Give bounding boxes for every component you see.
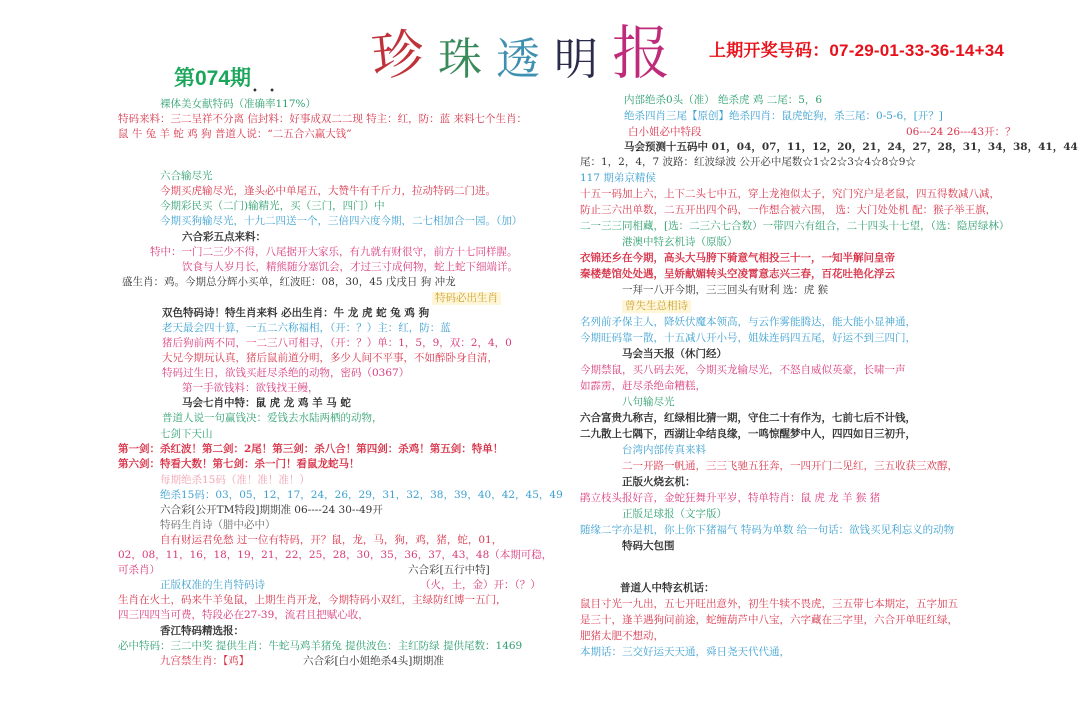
text-line: 普道人中特玄机话： bbox=[620, 582, 715, 595]
text-line: 特中：一门二三少不得，八尾据开大家乐，有九就有财很守，前方十七同样腥。 bbox=[150, 246, 518, 259]
text-line: 随缘二字亦是机，你上你下猪福气 特码为单数 给一句话：欲钱买见利忘义的动物 bbox=[580, 524, 954, 537]
text-line: 一拜一八开今期，三三回头有财利 选：虎 猴 bbox=[622, 284, 828, 297]
text-line: 八句输尽光 bbox=[622, 396, 675, 409]
text-line: 马会预测十五码中 01，04，07，11，12，20，21，24，27，28，3… bbox=[624, 141, 1080, 154]
text-line: （火，土，金）开：（？） bbox=[420, 579, 541, 592]
text-line: 第六剑：特看大数！第七剑：杀一门！看鼠龙蛇马！ bbox=[118, 458, 360, 471]
text-line: 秦楼楚馆处处遇，呈娇献媚转头空凌霄意志兴三春，百花吐艳化浮云 bbox=[580, 268, 895, 281]
last-draw-label: 上期开奖号码： bbox=[709, 41, 829, 60]
text-line: 裸体美女献特码（准确率117%） bbox=[160, 98, 316, 111]
text-line: 猪后狗前两不同，一二三八可相寻，（开：？）单：1，5，9，双：2，4，0 bbox=[162, 337, 512, 350]
text-line: 特码过生日，欲钱买赶尽杀绝的动物，密码（0367） bbox=[162, 367, 409, 380]
last-draw-result: 上期开奖号码：07-29-01-33-36-14+34 bbox=[709, 36, 1004, 61]
text-line: 盛生肖：鸡。今期总分辉小买单，红波旺：08，30，45 戊戌日 狗 冲龙 bbox=[122, 276, 456, 289]
text-line: 生肖在火土，码来牛羊兔鼠，上期生肖开龙，今期特码小双红，主绿防红博一五门， bbox=[118, 594, 507, 607]
newspaper-title: 珍 珠 透 明 报 bbox=[372, 22, 670, 82]
text-line: 大兄今期玩认真，猪后鼠前道分明，多少人间不平事，不如醉卧身自清， bbox=[162, 352, 498, 365]
text-line: 特码来料：三二呈祥不分离 信封料：好事成双二二现 特主：红，防：蓝 来料七个生肖… bbox=[118, 113, 527, 126]
text-line: 六合彩[白小姐绝杀4头]期期准 bbox=[303, 655, 444, 668]
text-line: 二九散上七隅下，西湖让伞结良缘，一鸣惊醒梦中人，四四如日三初升， bbox=[580, 428, 916, 441]
text-line: 第一手欲钱料：欲钱找王鳗， bbox=[182, 382, 319, 395]
text-line: 六合富贵九称吉，红绿相比猜一期，守住二十有作为，七前七后不计钱， bbox=[580, 412, 916, 425]
text-line: 内部绝杀0头（准） 绝杀虎 鸡 二尾：5，6 bbox=[624, 94, 822, 107]
issue-number: 第074期 bbox=[174, 62, 251, 92]
text-line: 马会七肖中特：鼠 虎 龙 鸡 羊 马 蛇 bbox=[182, 397, 351, 410]
text-line: 今期买虎输尽光，逢头必中单尾五，大赞牛有千斤力，拉动特码二门进。 bbox=[160, 185, 496, 198]
text-line: 老天最会四十算，一五二六称福相，（开：？）主：红，防：蓝 bbox=[162, 322, 451, 335]
text-line: 正版火烧玄机： bbox=[622, 476, 696, 489]
text-line: 香江特码精选报： bbox=[160, 625, 244, 638]
text-line: 正版足球报（文字版） bbox=[622, 508, 727, 521]
text-line: 鼠 牛 兔 羊 蛇 鸡 狗 普道人说：“二五合六赢大钱” bbox=[118, 128, 352, 141]
text-line: 如霹雳，赶尽杀绝命糟糕， bbox=[580, 380, 706, 393]
text-line: 衣锦还乡在今期，高头大马胯下骑意气相投三十一，一知半解问皇帝 bbox=[580, 252, 895, 265]
text-line: 自有财运君免愁 过一位有特码，开？鼠，龙，马，狗，鸡，猪，蛇，01， bbox=[160, 534, 502, 547]
text-line: 是三十，逢羊遇狗问前途，蛇缠葫芦中八宝，六字藏在三字里，六合开单旺红绿， bbox=[580, 614, 958, 627]
text-line: 曾失生总相诗 bbox=[622, 300, 691, 313]
text-line: 马会当天报（休门经） bbox=[622, 348, 727, 361]
text-line: 二一三三同相藏，[选：二三六七合数）一带四六有组合，二十四头十七望，（选：隐居绿… bbox=[580, 220, 1009, 233]
title-char: 明 bbox=[554, 38, 598, 82]
text-line: 二一开路一帆通，三三飞驰五狂奔，一四开门二见红，三五收获三欢醇， bbox=[622, 460, 958, 473]
text-line: 今期禁鼠，买八码去死，今期买龙输尽光，不怒自威似英豪，长啸一声 bbox=[580, 364, 906, 377]
text-line: 肥猪太肥不想动， bbox=[580, 630, 664, 643]
text-line: 特码生肖诗（腊中必中） bbox=[160, 519, 276, 532]
text-line: 名列前矛保主人，降妖伏魔本领高，与云作雾能腾达，能大能小显神通， bbox=[580, 316, 916, 329]
text-line: 十五一码加上六，上下二头七中五，穿上龙袍似太子，究门究户是老鼠，四五得数减八减， bbox=[580, 188, 1000, 201]
text-line: 绝杀四肖三尾【原创】绝杀四肖：鼠虎蛇狗，杀三尾：0-5-6，[开？] bbox=[624, 110, 943, 123]
text-line: 普道人说一句赢钱决：爱钱去水陆两栖的动物， bbox=[162, 412, 383, 425]
title-char: 珠 bbox=[438, 38, 482, 82]
text-line: 正版权准的生肖特码诗 bbox=[160, 579, 265, 592]
text-line: 本期话：三交好运天天通，舜日尧天代代通， bbox=[580, 646, 790, 659]
text-line: 四三四四当可费，特段必在27-39，流君且把赋心收， bbox=[118, 609, 369, 622]
text-line: 鹃立枝头报好音，金蛇狂舞升平岁，特单特肖：鼠 虎 龙 羊 猴 猪 bbox=[580, 492, 880, 505]
text-line: 今期买狗输尽光，十九二四送一个，三倍四六度今期，二七相加合一园。（加） bbox=[160, 215, 522, 228]
text-line: 必中特码：三二中奖 提供生肖：牛蛇马鸡羊猪兔 提供波色：主红防绿 提供尾数：14… bbox=[118, 640, 522, 653]
text-line: 六合彩[公开TM特段]期期准 06----24 30--49开 bbox=[160, 504, 383, 517]
text-line: 今期旺码靠一散，十五减八开小号，姐妹连码四五尾，好运不到三四门， bbox=[580, 332, 916, 345]
text-line: 117 期弟京精侯 bbox=[580, 172, 656, 185]
text-line: 六合彩[五行中特] bbox=[408, 564, 490, 577]
text-line: 双色特码诗！特生肖来料 必出生肖：牛 龙 虎 蛇 兔 鸡 狗 bbox=[162, 307, 429, 320]
text-line: 特码必出生肖 bbox=[432, 292, 501, 305]
text-line: 02，08，11，16，18，19，21，22，25，28，30，35，36，3… bbox=[118, 549, 552, 562]
title-char: 珍 bbox=[369, 27, 426, 84]
title-char: 透 bbox=[496, 38, 540, 82]
text-line: 第一剑：杀红波！第二剑：2尾！第三剑：杀八合！第四剑：杀鸡！第五剑：特单！ bbox=[118, 443, 503, 456]
text-line: 尾：1，2，4，7 波路：红波绿波 公开必中尾数☆1☆2☆3☆4☆8☆9☆ bbox=[580, 156, 916, 169]
text-line: 特码大包围 bbox=[622, 540, 675, 553]
decorative-dots: • • bbox=[252, 86, 279, 97]
text-line: 六合输尽光 bbox=[160, 170, 213, 183]
text-line: 九宫禁生肖：【鸡】 bbox=[160, 655, 249, 668]
text-line: 可杀肖） bbox=[118, 564, 160, 577]
text-line: 绝杀15码：03，05，12，17，24，26，29，31，32，38，39，4… bbox=[160, 489, 563, 502]
title-char: 报 bbox=[612, 24, 670, 82]
text-line: 六合彩五点来料： bbox=[182, 231, 266, 244]
text-line: 港澳中特玄机诗（原版） bbox=[622, 236, 738, 249]
text-line: 饮食与人岁月长，精熊随分塞饥会，才过三寸成何物，蛇上蛇下细端详。 bbox=[182, 261, 518, 274]
text-line: 06---24 26---43开：？ bbox=[906, 126, 1016, 139]
text-line: 每期绝杀15码（准！准！准！） bbox=[160, 474, 310, 487]
text-line: 防止三六出单数，二五开出四个码，一作想合被六围， 选：大门处处机 配：猴子举王旗… bbox=[580, 204, 996, 217]
text-line: 今期彩民买（二门)输精光，买（三门，四门）中 bbox=[160, 200, 385, 213]
text-line: 七剑下天山 bbox=[160, 428, 213, 441]
text-line: 台湾内部传真来料 bbox=[622, 444, 706, 457]
last-draw-numbers: 07-29-01-33-36-14+34 bbox=[829, 41, 1004, 60]
text-line: 鼠目寸光一九出，五七开旺出意外，初生牛犊不畏虎，三五带七本期定，五字加五 bbox=[580, 598, 958, 611]
text-line: 白小姐必中特段 bbox=[628, 126, 702, 139]
